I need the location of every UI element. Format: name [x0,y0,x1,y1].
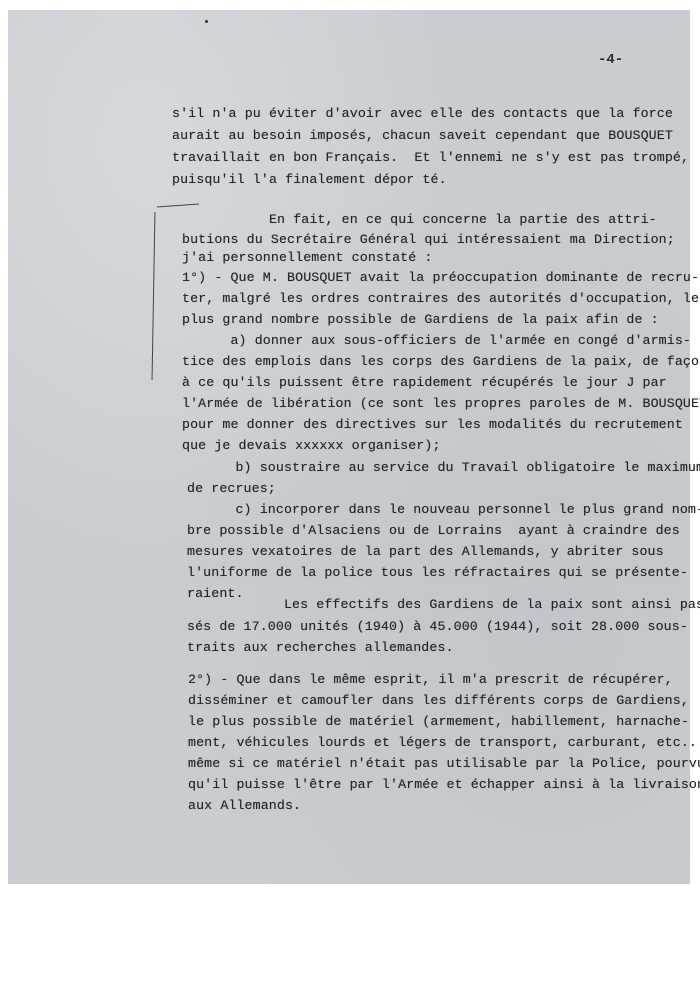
text-line: aurait au besoin imposés, chacun saveit … [172,128,673,143]
text-line: pour me donner des directives sur les mo… [182,417,683,432]
text-line: s'il n'a pu éviter d'avoir avec elle des… [172,106,673,121]
text-line: l'uniforme de la police tous les réfract… [187,565,688,580]
text-line: disséminer et camoufler dans les différe… [188,693,689,708]
page-number: -4- [598,52,623,68]
text-line: à ce qu'ils puissent être rapidement réc… [182,375,667,390]
text-line: mesures vexatoires de la part des Allema… [187,544,664,559]
text-line: que je devais xxxxxx organiser); [182,438,441,453]
text-line: j'ai personnellement constaté : [182,250,432,265]
text-line: ment, véhicules lourds et légers de tran… [188,735,700,750]
text-line: sés de 17.000 unités (1940) à 45.000 (19… [187,619,688,634]
text-line: même si ce matériel n'était pas utilisab… [188,756,700,771]
text-line: En fait, en ce qui concerne la partie de… [172,212,657,227]
text-line: tice des emplois dans les corps des Gard… [182,354,700,369]
text-line: 1°) - Que M. BOUSQUET avait la préoccupa… [182,270,699,285]
text-line: l'Armée de libération (ce sont les propr… [182,396,700,411]
speck [205,20,208,23]
text-line: bre possible d'Alsaciens ou de Lorrains … [187,523,680,538]
text-line: Les effectifs des Gardiens de la paix so… [187,597,700,612]
text-line: ter, malgré les ordres contraires des au… [182,291,699,306]
text-line: plus grand nombre possible de Gardiens d… [182,312,659,327]
text-line: qu'il puisse l'être par l'Armée et échap… [188,777,700,792]
text-line: aux Allemands. [188,798,301,813]
text-line: a) donner aux sous-officiers de l'armée … [182,333,691,348]
text-line: de recrues; [187,481,276,496]
text-line: puisqu'il l'a finalement dépor té. [172,172,447,187]
text-line: butions du Secrétaire Général qui intére… [182,232,675,247]
text-line: traits aux recherches allemandes. [187,640,454,655]
text-line: b) soustraire au service du Travail obli… [187,460,700,475]
text-line: 2°) - Que dans le même esprit, il m'a pr… [188,672,673,687]
text-line: le plus possible de matériel (armement, … [188,714,689,729]
text-line: c) incorporer dans le nouveau personnel … [187,502,700,517]
text-line: travaillait en bon Français. Et l'ennemi… [172,150,689,165]
